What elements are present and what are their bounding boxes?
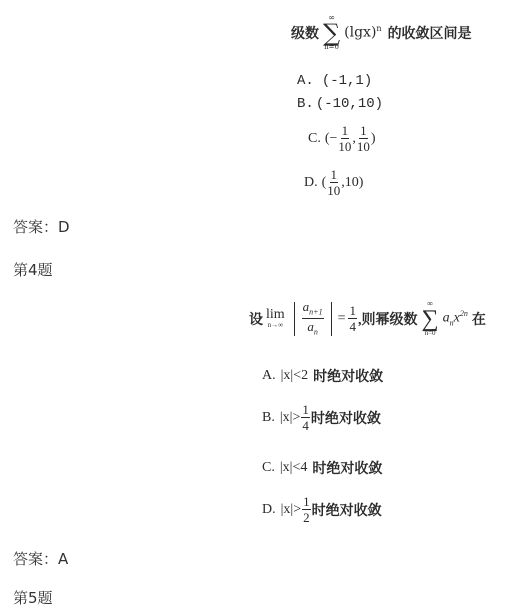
summation-symbol: ∞ ∑ n=0 xyxy=(323,14,340,51)
question3-option-c: C. (− 110 , 110 ) xyxy=(308,124,376,153)
fraction: 110 xyxy=(327,168,340,197)
ratio-fraction: an+1 an xyxy=(302,300,324,336)
question4-option-a: A. |x|<2 时绝对收敛 xyxy=(262,366,383,386)
question3-option-d: D. ( 110 ,10) xyxy=(304,168,363,197)
question3-option-a: A.(-1,1) xyxy=(297,73,372,89)
question3-answer: 答案：D xyxy=(13,216,70,237)
question4-option-c: C. |x|<4 时绝对收敛 xyxy=(262,458,382,478)
summation-symbol: ∞ ∑ n=0 xyxy=(421,300,438,337)
question4-answer: 答案：A xyxy=(13,548,68,569)
fraction: 14 xyxy=(301,403,310,432)
question3-option-b: B.(-10,10) xyxy=(297,96,383,112)
series-term: anx2n xyxy=(443,309,468,327)
abs-bar-left xyxy=(294,302,295,336)
abs-bar-right xyxy=(331,302,332,336)
question3-stem: 级数 ∞ ∑ n=0 (lgx)n 的收敛区间是 xyxy=(291,14,472,51)
fraction: 110 xyxy=(357,124,370,153)
stem-term: (lgx)n xyxy=(344,24,381,41)
fraction: 12 xyxy=(302,495,311,524)
question4-title: 第4题 xyxy=(13,259,53,280)
question5-title: 第5题 xyxy=(13,587,53,606)
stem-prefix: 级数 xyxy=(291,23,319,43)
question4-option-b: B. |x|> 14 时绝对收敛 xyxy=(262,403,381,432)
limit-operator: lim n→∞ xyxy=(266,308,285,329)
question4-stem: 设 lim n→∞ an+1 an = 14 ,则幂级数 ∞ ∑ n=0 anx… xyxy=(249,300,486,337)
fraction: 14 xyxy=(348,304,357,333)
fraction: 110 xyxy=(338,124,351,153)
question4-option-d: D. |x|> 12 时绝对收敛 xyxy=(262,495,382,524)
stem-suffix: 的收敛区间是 xyxy=(388,23,472,43)
